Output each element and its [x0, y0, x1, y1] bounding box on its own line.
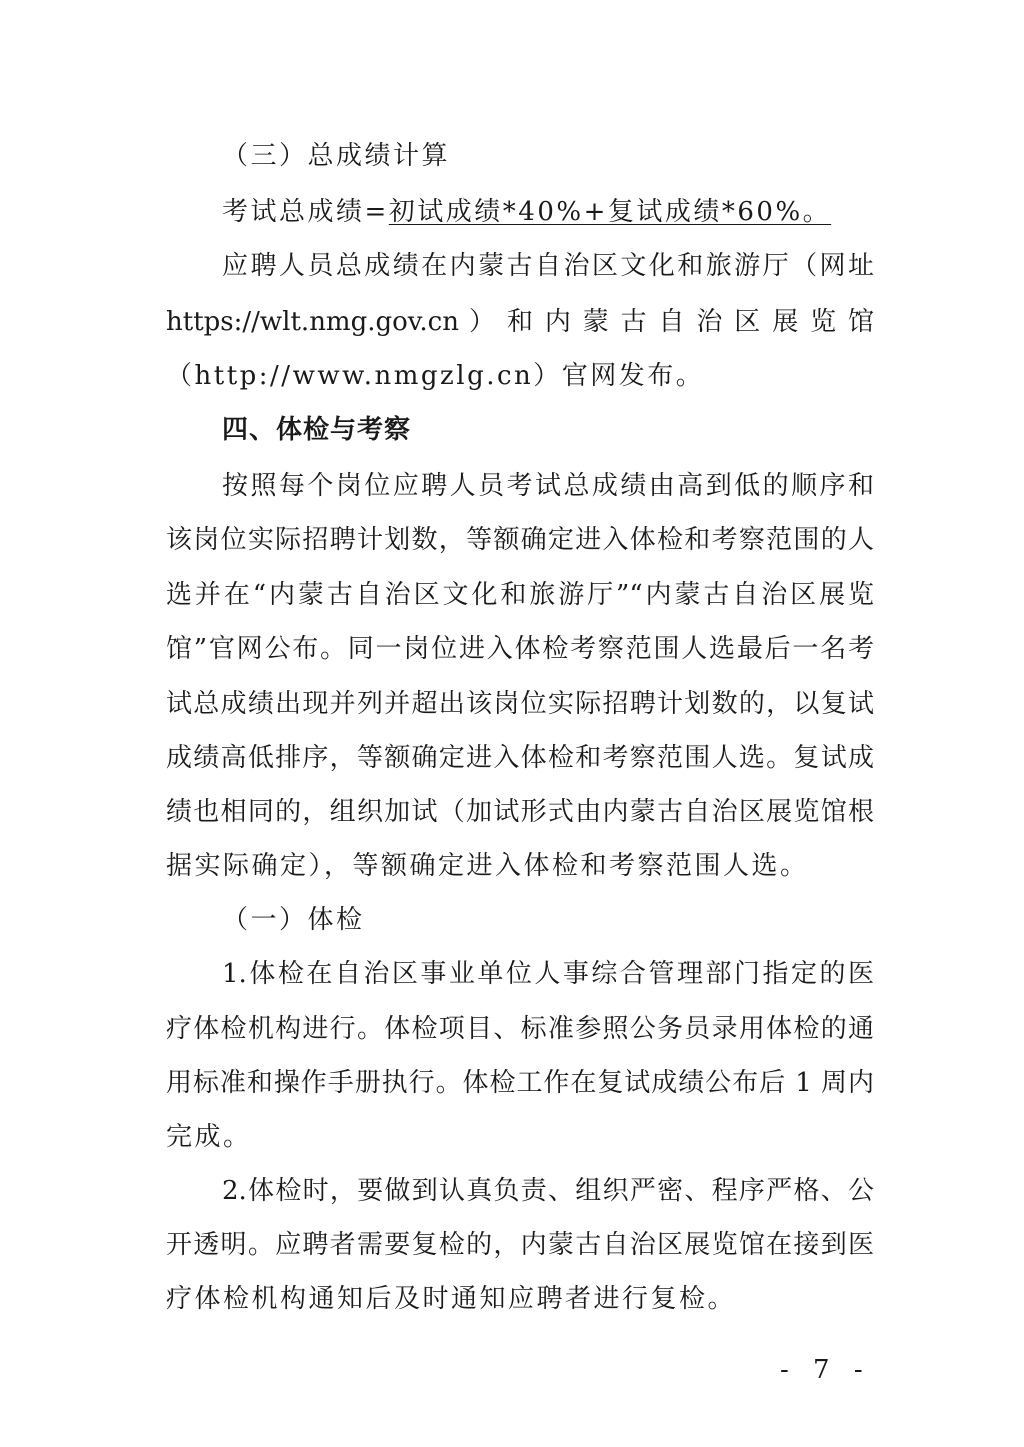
- subsection-1-heading: （一）体检: [222, 902, 930, 938]
- formula-expression: 初试成绩*40%+复试成绩*60%。: [389, 197, 831, 227]
- item-2-line-2: 开透明。应聘者需要复检的，内蒙古自治区展览馆在接到医: [166, 1227, 874, 1263]
- item-1-line-1: 1.体检在自治区事业单位人事综合管理部门指定的医: [222, 956, 874, 992]
- page-number: - 7 -: [780, 1352, 871, 1388]
- selection-paragraph-line-8: 据实际确定），等额确定进入体检和考察范围人选。: [166, 848, 874, 884]
- item-2-line-1: 2.体检时，要做到认真负责、组织严密、程序严格、公: [222, 1173, 874, 1209]
- publish-paragraph-line-2: https://wlt.nmg.gov.cn ） 和 内 蒙 古 自 治 区 展…: [166, 304, 874, 340]
- selection-paragraph-line-7: 绩也相同的，组织加试（加试形式由内蒙古自治区展览馆根: [166, 794, 874, 830]
- selection-paragraph-line-1: 按照每个岗位应聘人员考试总成绩由高到低的顺序和: [222, 468, 874, 504]
- selection-paragraph-line-3: 选并在“内蒙古自治区文化和旅游厅”“内蒙古自治区展览: [166, 577, 874, 613]
- publish-paragraph-line-3: （http://www.nmgzlg.cn）官网发布。: [166, 358, 874, 394]
- item-1-line-2: 疗体检机构进行。体检项目、标准参照公务员录用体检的通: [166, 1011, 874, 1047]
- formula-prefix: 考试总成绩=: [222, 197, 389, 227]
- selection-paragraph-line-6: 成绩高低排序，等额确定进入体检和考察范围人选。复试成: [166, 740, 874, 776]
- score-formula: 考试总成绩=初试成绩*40%+复试成绩*60%。: [222, 194, 874, 230]
- publish-paragraph-line-1: 应聘人员总成绩在内蒙古自治区文化和旅游厅（网址: [222, 248, 874, 284]
- document-page: （三）总成绩计算 考试总成绩=初试成绩*40%+复试成绩*60%。 应聘人员总成…: [0, 0, 1024, 1447]
- item-1-line-4: 完成。: [166, 1119, 874, 1155]
- chapter-4-heading: 四、体检与考察: [222, 412, 930, 448]
- selection-paragraph-line-2: 该岗位实际招聘计划数，等额确定进入体检和考察范围的人: [166, 522, 874, 558]
- section-3-heading: （三）总成绩计算: [222, 138, 930, 174]
- selection-paragraph-line-4: 馆”官网公布。同一岗位进入体检考察范围人选最后一名考: [166, 631, 874, 667]
- item-2-line-3: 疗体检机构通知后及时通知应聘者进行复检。: [166, 1281, 874, 1317]
- selection-paragraph-line-5: 试总成绩出现并列并超出该岗位实际招聘计划数的，以复试: [166, 686, 874, 722]
- item-1-line-3: 用标准和操作手册执行。体检工作在复试成绩公布后 1 周内: [166, 1065, 874, 1101]
